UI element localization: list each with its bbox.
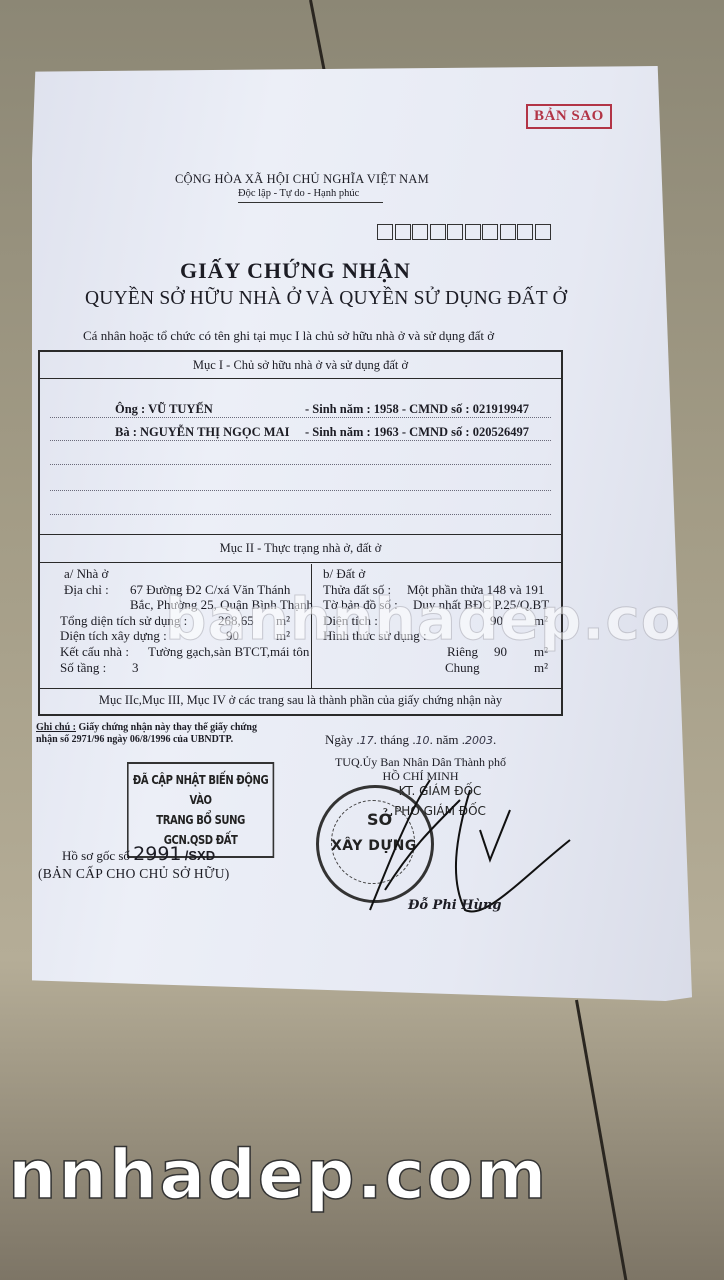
section-1-title: Mục I - Chủ sở hữu nhà ở và sử dụng đất … <box>40 358 561 373</box>
floors-value: 3 <box>132 660 139 676</box>
owner-1-name: Ông : VŨ TUYẾN <box>115 402 213 417</box>
shared-label: Chung <box>445 660 480 676</box>
intro-text: Cá nhân hoặc tổ chức có tên ghi tại mục … <box>83 328 494 344</box>
footer-row: Mục IIc,Mục III, Mục IV ở các trang sau … <box>40 693 561 708</box>
issue-date: Ngày .17. tháng .10. năm .2003. <box>325 732 496 748</box>
floor-seam <box>309 0 326 74</box>
owner-2-name: Bà : NGUYỄN THỊ NGỌC MAI <box>115 425 289 440</box>
floor-seam <box>575 1000 628 1280</box>
document-title: GIẤY CHỨNG NHẬN <box>180 258 411 284</box>
watermark-bottom: nnhadep.com <box>8 1136 548 1215</box>
nation-header: CỘNG HÒA XÃ HỘI CHỦ NGHĨA VIỆT NAM <box>175 172 429 187</box>
copy-stamp: BẢN SAO <box>526 104 612 129</box>
record-number: Hồ sơ gốc số 2991 /SXD <box>62 843 215 865</box>
land-heading: b/ Đất ở <box>323 566 365 582</box>
build-area-label: Diện tích xây dựng : <box>60 628 167 644</box>
address-label: Địa chỉ : <box>64 582 109 598</box>
issued-to: (BẢN CẤP CHO CHỦ SỞ HỮU) <box>38 866 230 882</box>
motto: Độc lập - Tự do - Hạnh phúc <box>238 188 383 203</box>
note: Ghi chú : Giấy chứng nhận này thay thế g… <box>36 722 266 745</box>
signer-name: Đỗ Phi Hùng <box>408 898 502 913</box>
certificate-table: Mục I - Chủ sở hữu nhà ở và sử dụng đất … <box>38 350 563 716</box>
document-subtitle: QUYỀN SỞ HỮU NHÀ Ở VÀ QUYỀN SỬ DỤNG ĐẤT … <box>85 288 567 310</box>
owner-1-detail: - Sinh năm : 1958 - CMND số : 021919947 <box>305 402 529 417</box>
watermark-middle: banhnhadep.com <box>165 585 724 653</box>
floors-label: Số tầng : <box>60 660 106 676</box>
unit: m² <box>534 660 548 676</box>
date-month: 10 <box>416 734 430 747</box>
owner-2-detail: - Sinh năm : 1963 - CMND số : 020526497 <box>305 425 529 440</box>
date-year: 2003 <box>465 734 493 747</box>
structure-label: Kết cấu nhà : <box>60 644 129 660</box>
house-heading: a/ Nhà ở <box>64 566 108 582</box>
certificate-page: BẢN SAO CỘNG HÒA XÃ HỘI CHỦ NGHĨA VIỆT N… <box>32 66 692 1001</box>
date-day: 17 <box>360 734 374 747</box>
section-2-title: Mục II - Thực trạng nhà ở, đất ở <box>40 541 561 556</box>
serial-number-boxes <box>377 224 552 240</box>
note-label: Ghi chú : <box>36 722 76 733</box>
